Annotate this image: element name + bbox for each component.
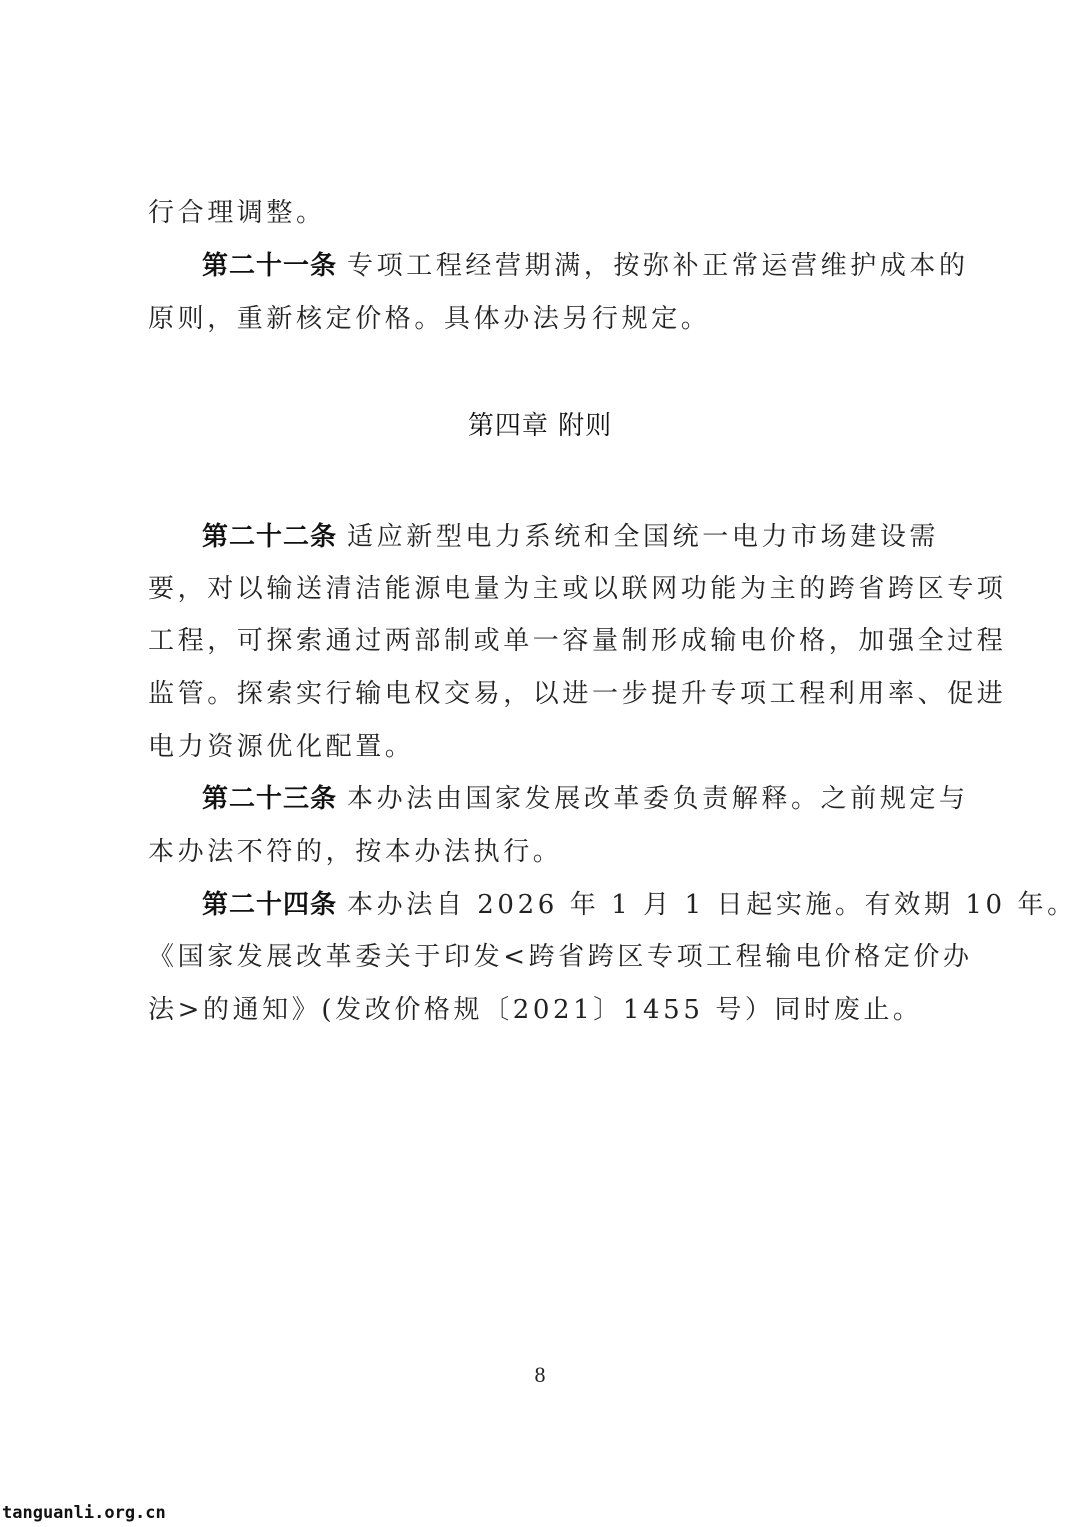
article-22-text: 适应新型电力系统和全国统一电力市场建设需 (347, 522, 939, 552)
article-22-line-1: 第二十二条适应新型电力系统和全国统一电力市场建设需 (202, 517, 934, 557)
article-21-line-1: 第二十一条专项工程经营期满，按弥补正常运营维护成本的 (202, 246, 934, 286)
watermark-text: tanguanli.org.cn (2, 1503, 166, 1523)
article-24-line-3: 法>的通知》(发改价格规〔2021〕1455 号）同时废止。 (148, 990, 934, 1030)
article-22-line-4: 监管。探索实行输电权交易，以进一步提升专项工程利用率、促进 (148, 674, 934, 714)
article-24-line-1: 第二十四条本办法自 2026 年 1 月 1 日起实施。有效期 10 年。 (202, 885, 934, 925)
page-number: 8 (0, 1362, 1080, 1388)
article-22-number: 第二十二条 (202, 522, 337, 552)
continuation-line: 行合理调整。 (148, 193, 934, 233)
article-24-number: 第二十四条 (202, 890, 337, 920)
article-21-text: 专项工程经营期满，按弥补正常运营维护成本的 (347, 251, 969, 281)
article-23-line-1: 第二十三条本办法由国家发展改革委负责解释。之前规定与 (202, 779, 934, 819)
article-22-line-3: 工程，可探索通过两部制或单一容量制形成输电价格，加强全过程 (148, 621, 934, 661)
article-23-line-2: 本办法不符的，按本办法执行。 (148, 832, 934, 872)
article-22-line-2: 要，对以输送清洁能源电量为主或以联网功能为主的跨省跨区专项 (148, 569, 934, 609)
document-page: 行合理调整。 第二十一条专项工程经营期满，按弥补正常运营维护成本的 原则，重新核… (0, 0, 1080, 1527)
article-22-line-5: 电力资源优化配置。 (148, 727, 934, 767)
article-21-number: 第二十一条 (202, 251, 337, 281)
article-23-number: 第二十三条 (202, 784, 337, 814)
article-24-line-2: 《国家发展改革委关于印发<跨省跨区专项工程输电价格定价办 (148, 937, 934, 977)
chapter-title: 第四章 附则 (0, 406, 1080, 446)
article-21-line-2: 原则，重新核定价格。具体办法另行规定。 (148, 299, 934, 339)
article-24-text: 本办法自 2026 年 1 月 1 日起实施。有效期 10 年。 (347, 890, 1077, 920)
article-23-text: 本办法由国家发展改革委负责解释。之前规定与 (347, 784, 969, 814)
